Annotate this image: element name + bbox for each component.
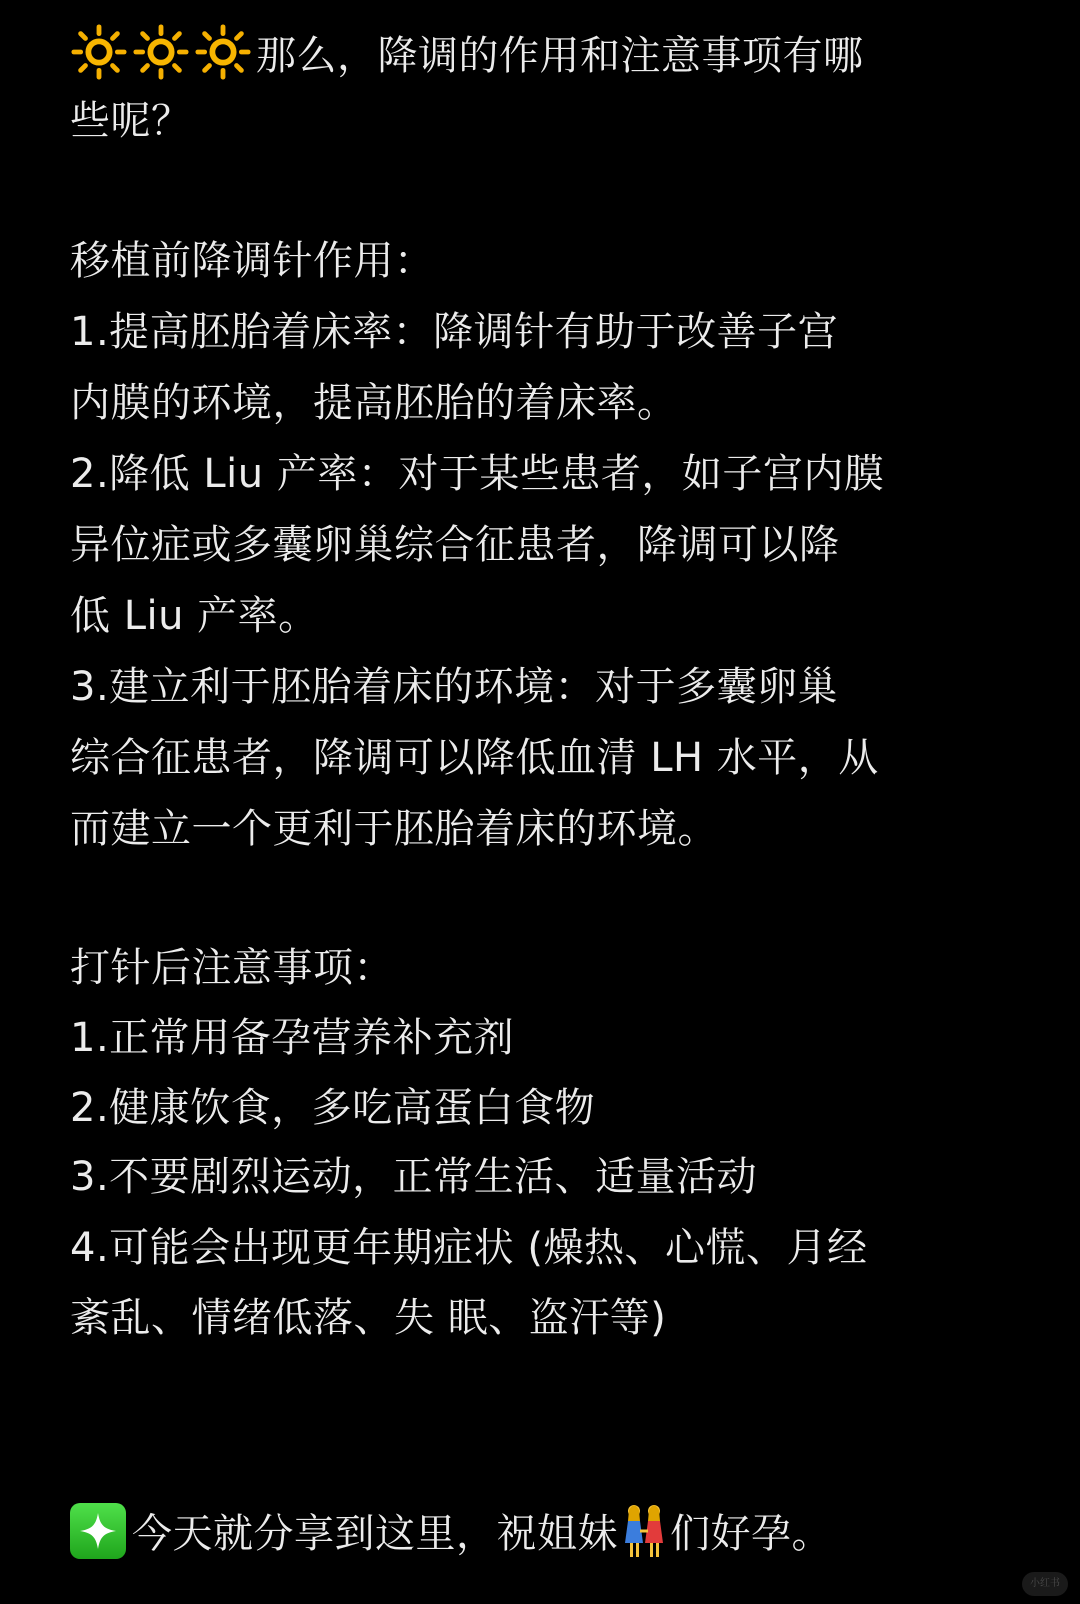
closing-text: 今天就分享到这里，祝姐妹 xyxy=(132,1511,618,1557)
effects-line: 异位症或多囊卵巢综合征患者，降调可以降 xyxy=(70,520,840,570)
effects-line: 而建立一个更利于胚胎着床的环境。 xyxy=(70,804,718,854)
title-line-1: 那么，降调的作用和注意事项有哪 xyxy=(70,23,864,81)
effects-line: 1.提高胚胎着床率：降调针有助于改善子宫 xyxy=(70,307,838,357)
effects-line: 低 Liu 产率。 xyxy=(70,591,319,641)
closing-line: 今天就分享到这里，祝姐妹 们好孕。 xyxy=(70,1501,832,1561)
xiaohongshu-watermark: 小红书 xyxy=(1022,1572,1068,1596)
two-women-holding-hands-icon xyxy=(620,1501,668,1561)
sun-icon xyxy=(70,23,128,81)
notes-line: 4.可能会出现更年期症状 (燥热、心慌、月经 xyxy=(70,1223,867,1273)
notes-line: 1.正常用备孕营养补充剂 xyxy=(70,1013,514,1063)
notes-line: 3.不要剧烈运动，正常生活、适量活动 xyxy=(70,1152,757,1202)
effects-line: 内膜的环境，提高胚胎的着床率。 xyxy=(70,378,678,428)
effects-line: 3.建立利于胚胎着床的环境：对于多囊卵巢 xyxy=(70,662,838,712)
title-line-2: 些呢？ xyxy=(70,96,192,146)
effects-line: 2.降低 Liu 产率：对于某些患者，如子宫内膜 xyxy=(70,449,884,499)
closing-text-end: 们好孕。 xyxy=(670,1511,832,1557)
section-heading-effects: 移植前降调针作用： xyxy=(70,236,435,286)
notes-line: 紊乱、情绪低落、失 眠、盗汗等) xyxy=(70,1293,666,1343)
title-text: 那么，降调的作用和注意事项有哪 xyxy=(256,33,864,79)
effects-line: 综合征患者，降调可以降低血清 LH 水平，从 xyxy=(70,733,879,783)
sun-icon xyxy=(194,23,252,81)
sparkles-icon xyxy=(70,1503,126,1559)
section-heading-notes: 打针后注意事项： xyxy=(70,943,394,993)
sun-icon xyxy=(132,23,190,81)
notes-line: 2.健康饮食，多吃高蛋白食物 xyxy=(70,1083,595,1133)
